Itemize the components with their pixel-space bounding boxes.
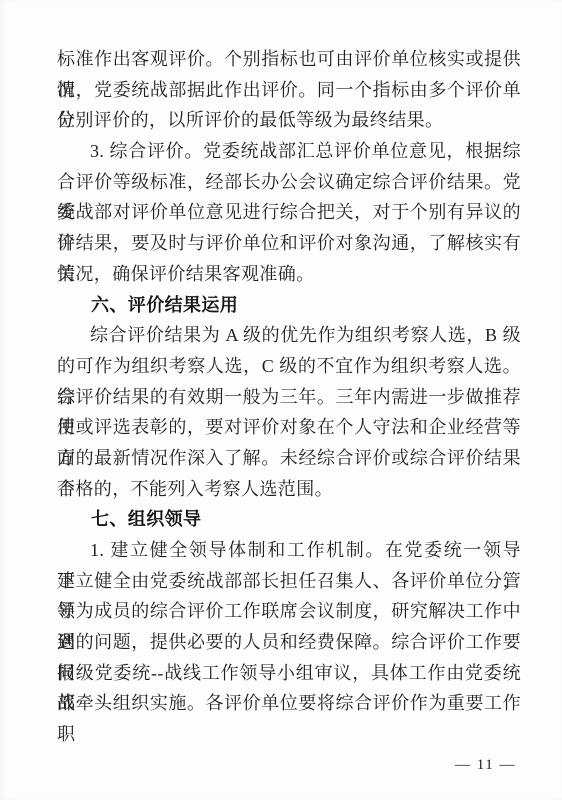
text-line: 面的最新情况作深入了解。未经综合评价或综合评价结果不 [57, 443, 521, 474]
text-line: 标准作出客观评价。个别指标也可由评价单位核实或提供情 [57, 44, 521, 75]
text-line: 建立健全由党委统战部部长担任召集人、各评价单位分管领 [57, 566, 521, 597]
text-line: 合格的，不能列入考察人选范围。 [57, 474, 521, 505]
text-line: 价结果，要及时与评价单位和评价对象沟通，了解核实有关 [57, 228, 521, 259]
text-line: 的可作为组织考察人选，C 级的不宜作为组织考察人选。综 [57, 351, 521, 382]
text-line-item-1: 1. 建立健全领导体制和工作机制。在党委统一领导下， [57, 535, 521, 566]
text-line: 综合评价结果为 A 级的优先作为组织考察人选，B 级 [57, 320, 521, 351]
text-line: 同级党委统--战线工作领导小组审议，具体工作由党委统战 [57, 658, 521, 689]
text-line: 用或评选表彰的，要对评价对象在个人守法和企业经营等方 [57, 412, 521, 443]
text-line: 况，党委统战部据此作出评价。同一个指标由多个评价单位 [57, 75, 521, 106]
text-line: 情况，确保评价结果客观准确。 [57, 259, 521, 290]
page-number: — 11 — [455, 757, 516, 774]
section-heading-six: 六、评价结果运用 [57, 290, 521, 321]
text-line: 合评价结果的有效期一般为三年。三年内需进一步做推荐使 [57, 382, 521, 413]
document-body: 标准作出客观评价。个别指标也可由评价单位核实或提供情 况，党委统战部据此作出评价… [57, 44, 521, 719]
text-line: 到的问题，提供必要的人员和经费保障。综合评价工作要报 [57, 627, 521, 658]
text-line: 部牵头组织实施。各评价单位要将综合评价作为重要工作职 [57, 688, 521, 719]
text-line: 统战部对评价单位意见进行综合把关，对于个别有异议的评 [57, 197, 521, 228]
text-line: 分别评价的，以所评价的最低等级为最终结果。 [57, 105, 521, 136]
text-line: 合评价等级标准，经部长办公会议确定综合评价结果。党委 [57, 167, 521, 198]
document-page: 标准作出客观评价。个别指标也可由评价单位核实或提供情 况，党委统战部据此作出评价… [0, 0, 562, 800]
section-heading-seven: 七、组织领导 [57, 504, 521, 535]
text-line-item-3: 3. 综合评价。党委统战部汇总评价单位意见，根据综 [57, 136, 521, 167]
text-line: 导为成员的综合评价工作联席会议制度，研究解决工作中遇 [57, 596, 521, 627]
